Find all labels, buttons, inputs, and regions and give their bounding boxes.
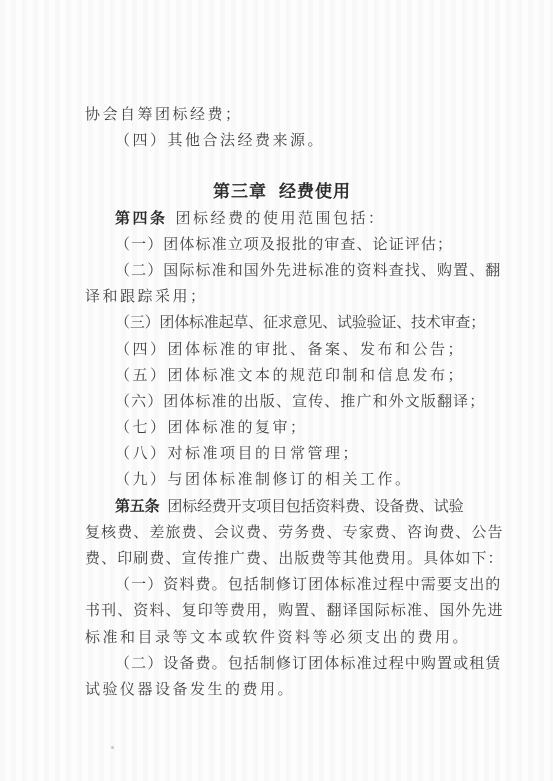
text-line-scope-9: （九）与团体标准制修订的相关工作。 — [85, 467, 505, 493]
text-line-scope-8: （八）对标准项目的日常管理； — [85, 441, 505, 467]
article-text: 团标经费的使用范围包括： — [176, 211, 386, 227]
document-body: 协会自筹团标经费； （四）其他合法经费来源。 第三章 经费使用 第四条团标经费的… — [85, 102, 505, 703]
text-line-scope-2b: 译和跟踪采用； — [85, 284, 505, 310]
text-line-scope-7: （七）团体标准的复审； — [85, 415, 505, 441]
text-line-equipment-fee-a: （二）设备费。包括制修订团体标准过程中购置或租赁 — [85, 651, 505, 677]
text-line-scope-2a: （二）国际标准和国外先进标准的资料查找、购置、翻 — [85, 258, 505, 284]
text-line-article-5: 第五条团标经费开支项目包括资料费、设备费、试验 — [85, 494, 505, 520]
text-line-materials-fee-c: 标准和目录等文本或软件资料等必须支出的费用。 — [85, 625, 505, 651]
article-text: 团标经费开支项目包括资料费、设备费、试验 — [167, 499, 463, 515]
document-page: 协会自筹团标经费； （四）其他合法经费来源。 第三章 经费使用 第四条团标经费的… — [0, 0, 553, 781]
text-line-expense-list-a: 复核费、差旅费、会议费、劳务费、专家费、咨询费、公告 — [85, 520, 505, 546]
chapter-heading: 第三章 经费使用 — [85, 179, 505, 205]
scan-speck — [111, 746, 114, 749]
text-line-item-4-other-sources: （四）其他合法经费来源。 — [85, 128, 505, 154]
article-number: 第四条 — [115, 211, 168, 227]
text-line-scope-1: （一）团体标准立项及报批的审查、论证评估； — [85, 232, 505, 258]
article-number: 第五条 — [115, 499, 159, 515]
text-line-expense-list-b: 费、印刷费、宣传推广费、出版费等其他费用。具体如下： — [85, 546, 505, 572]
text-line-materials-fee-a: （一）资料费。包括制修订团体标准过程中需要支出的 — [85, 572, 505, 598]
text-line-funds-self-raised: 协会自筹团标经费； — [85, 102, 505, 128]
text-line-materials-fee-b: 书刊、资料、复印等费用，购置、翻译国际标准、国外先进 — [85, 598, 505, 624]
text-line-scope-6: （六）团体标准的出版、宣传、推广和外文版翻译； — [85, 389, 505, 415]
text-line-scope-3: （三）团体标准起草、征求意见、试验验证、技术审查； — [85, 310, 505, 336]
text-line-equipment-fee-b: 试验仪器设备发生的费用。 — [85, 677, 505, 703]
text-line-scope-4: （四）团体标准的审批、备案、发布和公告； — [85, 337, 505, 363]
text-line-scope-5: （五）团体标准文本的规范印制和信息发布； — [85, 363, 505, 389]
text-line-article-4: 第四条团标经费的使用范围包括： — [85, 206, 505, 232]
